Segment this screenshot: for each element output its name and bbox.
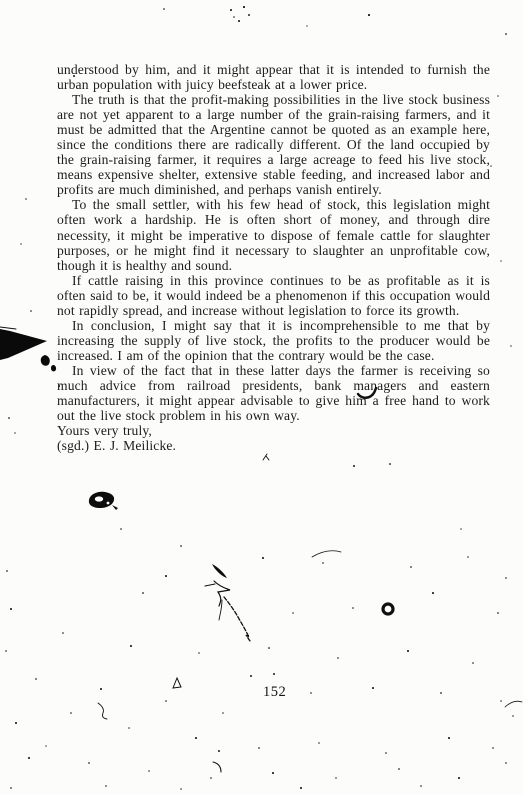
scratch-arc [312,551,341,557]
curve-bottom-right [505,701,522,707]
body-paragraph: If cattle raising in this province conti… [57,273,490,318]
body-paragraph: In conclusion, I might say that it is in… [57,318,490,363]
closing-salutation: Yours very truly, [57,423,490,438]
pen-scratch [205,564,251,642]
ink-blob-left-edge [0,329,56,371]
letter-body: understood by him, and it might appear t… [57,62,490,453]
triangle-mark [173,678,181,688]
page-number: 152 [263,684,286,701]
ink-ring [383,604,393,614]
scan-speckles [0,0,2,2]
ink-splat [89,492,118,510]
squiggle-bottom-left [98,703,107,719]
squiggle-bottom-mid [213,762,221,772]
body-paragraph: In view of the fact that in these latter… [57,363,490,423]
ink-blob-hairline [0,327,16,329]
body-paragraph: The truth is that the profit-making poss… [57,92,490,197]
pen-tick [263,454,269,460]
body-paragraph: understood by him, and it might appear t… [57,62,490,92]
scanned-page: understood by him, and it might appear t… [0,0,523,794]
closing-signature: (sgd.) E. J. Meilicke. [57,438,490,453]
body-paragraph: To the small settler, with his few head … [57,197,490,272]
